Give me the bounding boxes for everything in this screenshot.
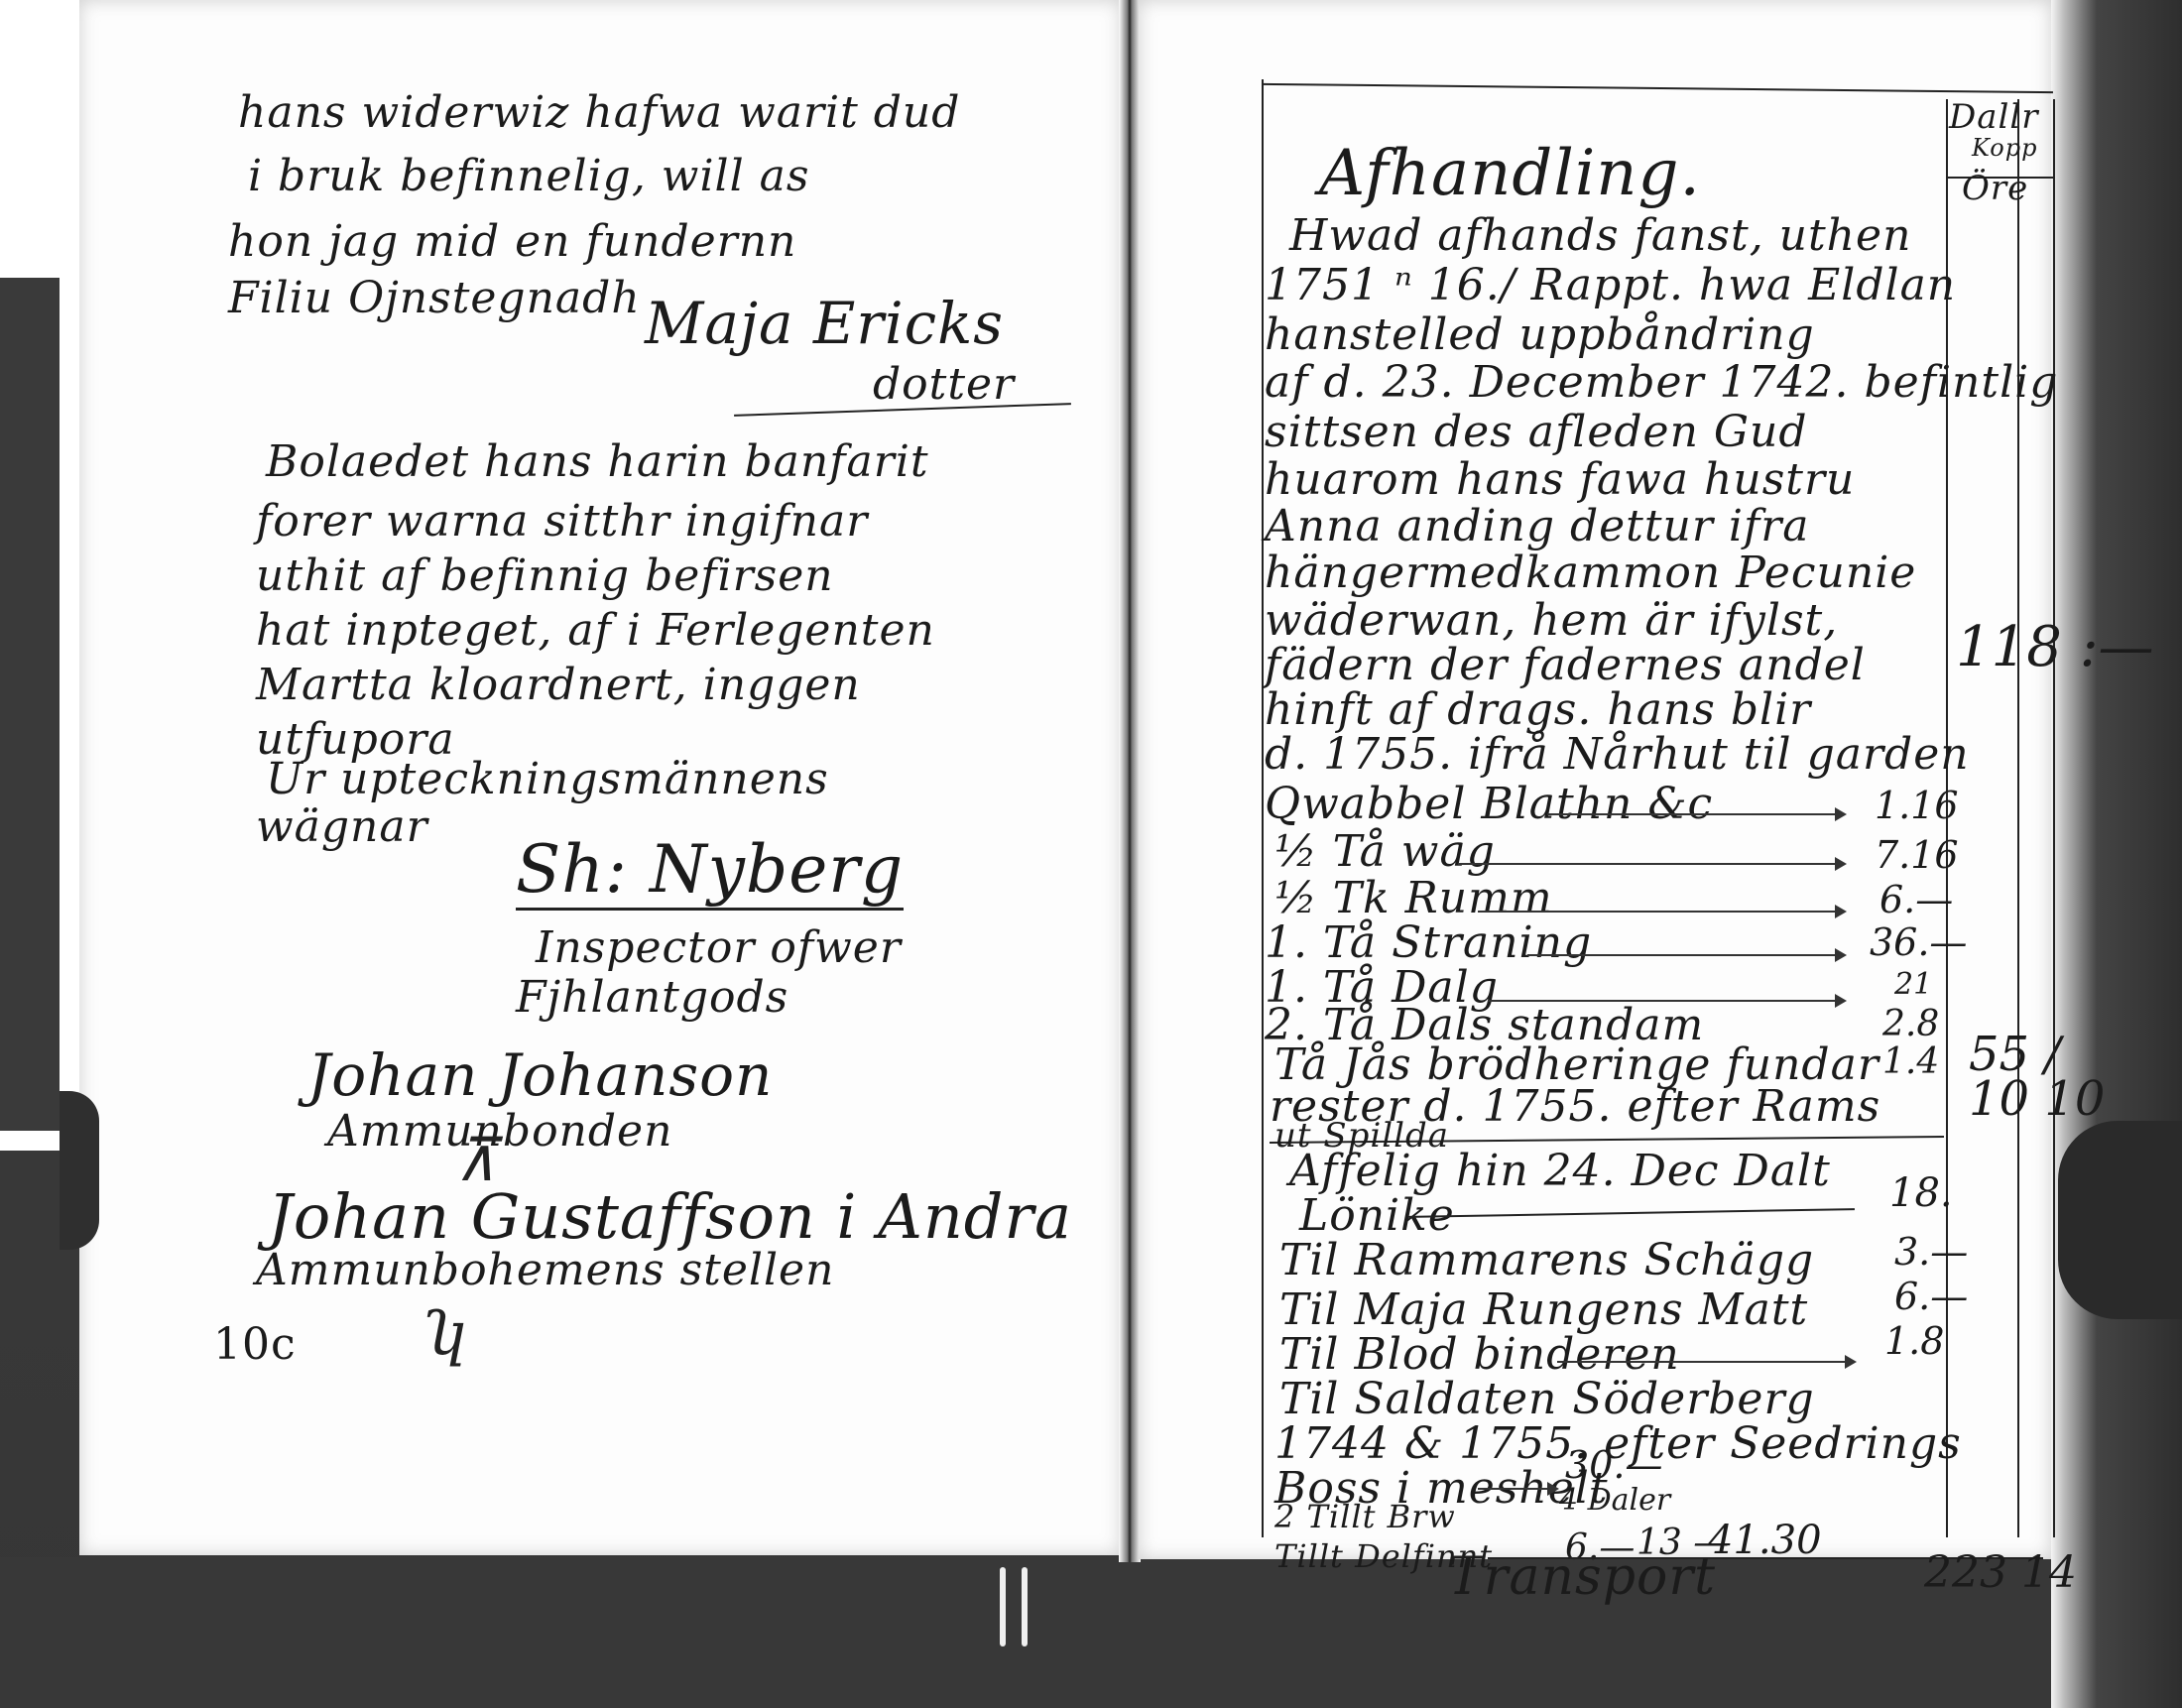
text-line: fädern der fadernes andel <box>1265 640 1866 690</box>
transport-value: 223 14 <box>1924 1547 2077 1598</box>
text-line: uthit af befinnig befirsen <box>256 550 834 601</box>
margin-rule <box>1262 79 1264 1537</box>
ledger-item-amount: 1.16 <box>1875 784 1959 827</box>
ledger-item-label: ½ Tk Rumm <box>1274 873 1553 923</box>
ledger-item-amount: 3.— <box>1894 1230 1968 1274</box>
text-line: wägnar <box>256 801 428 852</box>
text-line: forer warna sitthr ingifnar <box>256 496 868 547</box>
page-title: Afhandling. <box>1319 137 1701 210</box>
leader-line <box>1527 954 1845 956</box>
signature-nyberg: Sh: Nyberg <box>516 831 904 911</box>
ledger-item-label: 1. Tå Straning <box>1265 917 1592 968</box>
column-header-kopp: Kopp <box>1972 134 2037 162</box>
bookmark-ribbon <box>1022 1567 1028 1647</box>
sub-amount: 4 Daler <box>1559 1483 1670 1518</box>
text-line: d. 1755. ifrå Nårhut til garden <box>1265 729 1970 780</box>
text-line: Hwad afhands fanst, uthen <box>1289 210 1911 261</box>
signature-mark: ʮ <box>422 1299 468 1369</box>
page-number: 10c <box>213 1319 297 1370</box>
sub-amount: 30.— <box>1565 1443 1662 1487</box>
column-rule <box>2017 99 2019 1537</box>
ledger-item-label: Til Rammarens Schägg <box>1279 1235 1814 1285</box>
signature-name-2: dotter <box>873 359 1015 410</box>
text-line: Ur upteckningsmännens <box>266 754 829 804</box>
text-line: Filiu Ojnstegnadh <box>228 273 641 323</box>
leader-line <box>1458 863 1845 865</box>
ledger-item-amount: 6.— <box>1879 878 1953 921</box>
ledger-item-label: Til Blod binderen <box>1279 1329 1680 1380</box>
sum-amount: 10 10 <box>1969 1071 2105 1127</box>
leader-line <box>1557 1361 1855 1363</box>
sum-amount: 118 :— <box>1956 615 2154 679</box>
section-heading: Affelig hin 24. Dec Dalt <box>1289 1146 1831 1196</box>
text-line: hon jag mid en fundernn <box>228 216 796 267</box>
leader-line <box>1478 1488 1557 1490</box>
text-line: i bruk befinnelig, will as <box>248 151 809 201</box>
column-header-ore: Öre <box>1962 169 2028 208</box>
text-line: 1751 ⁿ 16./ Rappt. hwa Eldlan <box>1265 260 1956 310</box>
ledger-item-amount: 36.— <box>1870 920 1967 964</box>
sub-amount-label: 2 Tillt Brw <box>1274 1498 1456 1535</box>
scanner-shadow-left <box>0 278 60 1131</box>
book-gutter <box>1119 0 1141 1562</box>
text-line: af d. 23. December 1742. befintlig <box>1265 357 2058 408</box>
column-header-dallr: Dallr <box>1949 97 2039 137</box>
text-line: hat inpteget, af i Ferlegenten <box>256 605 935 656</box>
signature-name: Johan Johanson <box>307 1041 773 1109</box>
text-line: huarom hans fawa hustru <box>1265 454 1855 505</box>
text-line: Anna anding dettur ifra <box>1265 501 1810 551</box>
ledger-item-amount: 2.8 <box>1882 1004 1939 1044</box>
signature-role: Ammunbohemens stellen <box>256 1245 834 1295</box>
text-line: Bolaedet hans harin banfarit <box>266 436 929 487</box>
leader-line <box>1547 813 1845 815</box>
ledger-item-label: ½ Tå wäg <box>1274 826 1496 877</box>
signature-role: Ammunbonden <box>327 1106 672 1157</box>
signature-name: Maja Ericks <box>645 290 1004 357</box>
leader-line <box>1478 911 1845 913</box>
text-line: hanstelled uppbåndring <box>1265 309 1815 360</box>
signature-name: Johan Gustaffson i Andra <box>268 1180 1072 1253</box>
ledger-item-amount: 1.4 <box>1882 1041 1939 1082</box>
signature-title: Inspector ofwer <box>536 922 902 973</box>
ledger-item-amount: 1.8 <box>1884 1319 1944 1363</box>
transport-label: Transport <box>1448 1547 1716 1607</box>
ledger-item-label: Til Maja Rungens Matt <box>1279 1284 1808 1335</box>
bookmark-ribbon <box>1000 1567 1006 1647</box>
scanner-edge-right <box>2051 0 2182 1708</box>
text-line: hans widerwiz hafwa warit dud <box>238 87 960 138</box>
scanner-shadow-bottom <box>0 1557 2182 1708</box>
ledger-item-amount: 18. <box>1889 1170 1953 1216</box>
ledger-item-label: Qwabbel Blathn &c <box>1265 779 1713 829</box>
text-line: wäderwan, hem är ifylst, <box>1265 595 1838 646</box>
signature-title: Fjhlantgods <box>516 972 788 1023</box>
binding-clip-left <box>60 1091 99 1250</box>
ledger-item-amount: 7.16 <box>1875 833 1959 877</box>
ledger-item-amount: 6.— <box>1894 1275 1968 1318</box>
text-line: Martta kloardnert, inggen <box>256 660 861 710</box>
text-line: hinft af drags. hans blir <box>1265 684 1811 735</box>
column-rule <box>2053 99 2055 1537</box>
text-line: sittsen des afleden Gud <box>1265 407 1808 457</box>
ledger-item-amount: 21 <box>1894 967 1932 1002</box>
ledger-item-label: Til Saldaten Söderberg <box>1279 1374 1815 1424</box>
text-line: hängermedkammon Pecunie <box>1265 548 1916 598</box>
binding-clip-right <box>2058 1121 2182 1319</box>
